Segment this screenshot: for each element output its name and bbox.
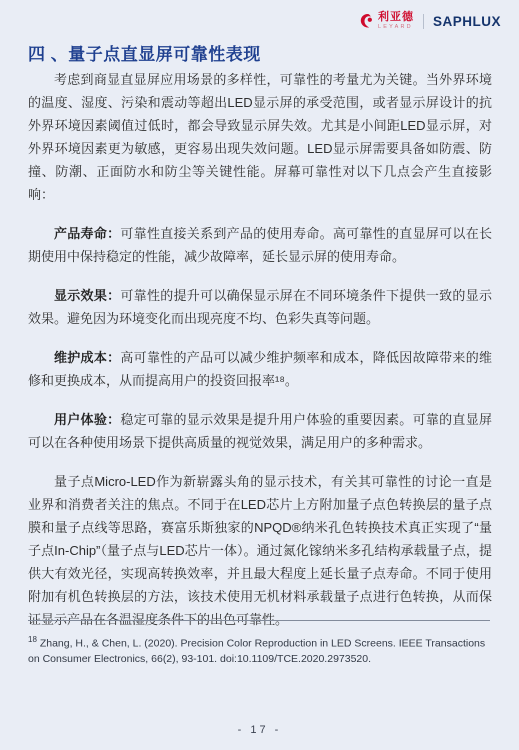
paragraph-lead: 产品寿命： bbox=[54, 226, 120, 241]
paragraph-text: 量子点Micro-LED作为新崭露头角的显示技术，有关其可靠性的讨论一直是业界和… bbox=[28, 474, 492, 627]
leyard-wordmark: 利亚德 bbox=[378, 12, 414, 23]
leyard-swoosh-icon bbox=[359, 13, 375, 29]
footnote: 18 Zhang, H., & Chen, L. (2020). Precisi… bbox=[28, 632, 495, 667]
document-page: 利亚德 LEYARD SAPHLUX 四 、量子点直显屏可靠性表现 考虑到商显直… bbox=[0, 0, 519, 750]
page-header: 利亚德 LEYARD SAPHLUX bbox=[359, 10, 501, 32]
body-paragraph-npqd: 量子点Micro-LED作为新崭露头角的显示技术，有关其可靠性的讨论一直是业界和… bbox=[28, 470, 492, 631]
body-paragraph-display-effect: 显示效果：可靠性的提升可以确保显示屏在不同环境条件下提供一致的显示效果。避免因为… bbox=[28, 284, 492, 330]
footnote-text: Zhang, H., & Chen, L. (2020). Precision … bbox=[28, 638, 485, 665]
leyard-subtext: LEYARD bbox=[378, 25, 414, 31]
leyard-logo: 利亚德 LEYARD bbox=[359, 12, 414, 30]
paragraph-lead: 显示效果： bbox=[54, 288, 120, 303]
document-body: 考虑到商显直显屏应用场景的多样性，可靠性的考量尤为关键。当外界环境的温度、湿度、… bbox=[28, 68, 492, 647]
body-paragraph-intro: 考虑到商显直显屏应用场景的多样性，可靠性的考量尤为关键。当外界环境的温度、湿度、… bbox=[28, 68, 492, 206]
section-title: 四 、量子点直显屏可靠性表现 bbox=[28, 40, 491, 65]
footnote-separator bbox=[28, 620, 490, 621]
body-paragraph-lifespan: 产品寿命：可靠性直接关系到产品的使用寿命。高可靠性的直显屏可以在长期使用中保持稳… bbox=[28, 222, 492, 268]
paragraph-lead: 维护成本： bbox=[54, 350, 120, 365]
page-number: - 17 - bbox=[0, 724, 519, 736]
footnote-marker: 18 bbox=[28, 635, 37, 644]
body-paragraph-maintenance-cost: 维护成本：高可靠性的产品可以减少维护频率和成本，降低因故障带来的维修和更换成本，… bbox=[28, 346, 492, 392]
logo-divider bbox=[423, 14, 424, 29]
body-paragraph-user-experience: 用户体验：稳定可靠的显示效果是提升用户体验的重要因素。可靠的直显屏可以在各种使用… bbox=[28, 408, 492, 454]
paragraph-text: 考虑到商显直显屏应用场景的多样性，可靠性的考量尤为关键。当外界环境的温度、湿度、… bbox=[28, 72, 492, 202]
saphlux-wordmark: SAPHLUX bbox=[433, 14, 501, 29]
paragraph-lead: 用户体验： bbox=[54, 412, 120, 427]
